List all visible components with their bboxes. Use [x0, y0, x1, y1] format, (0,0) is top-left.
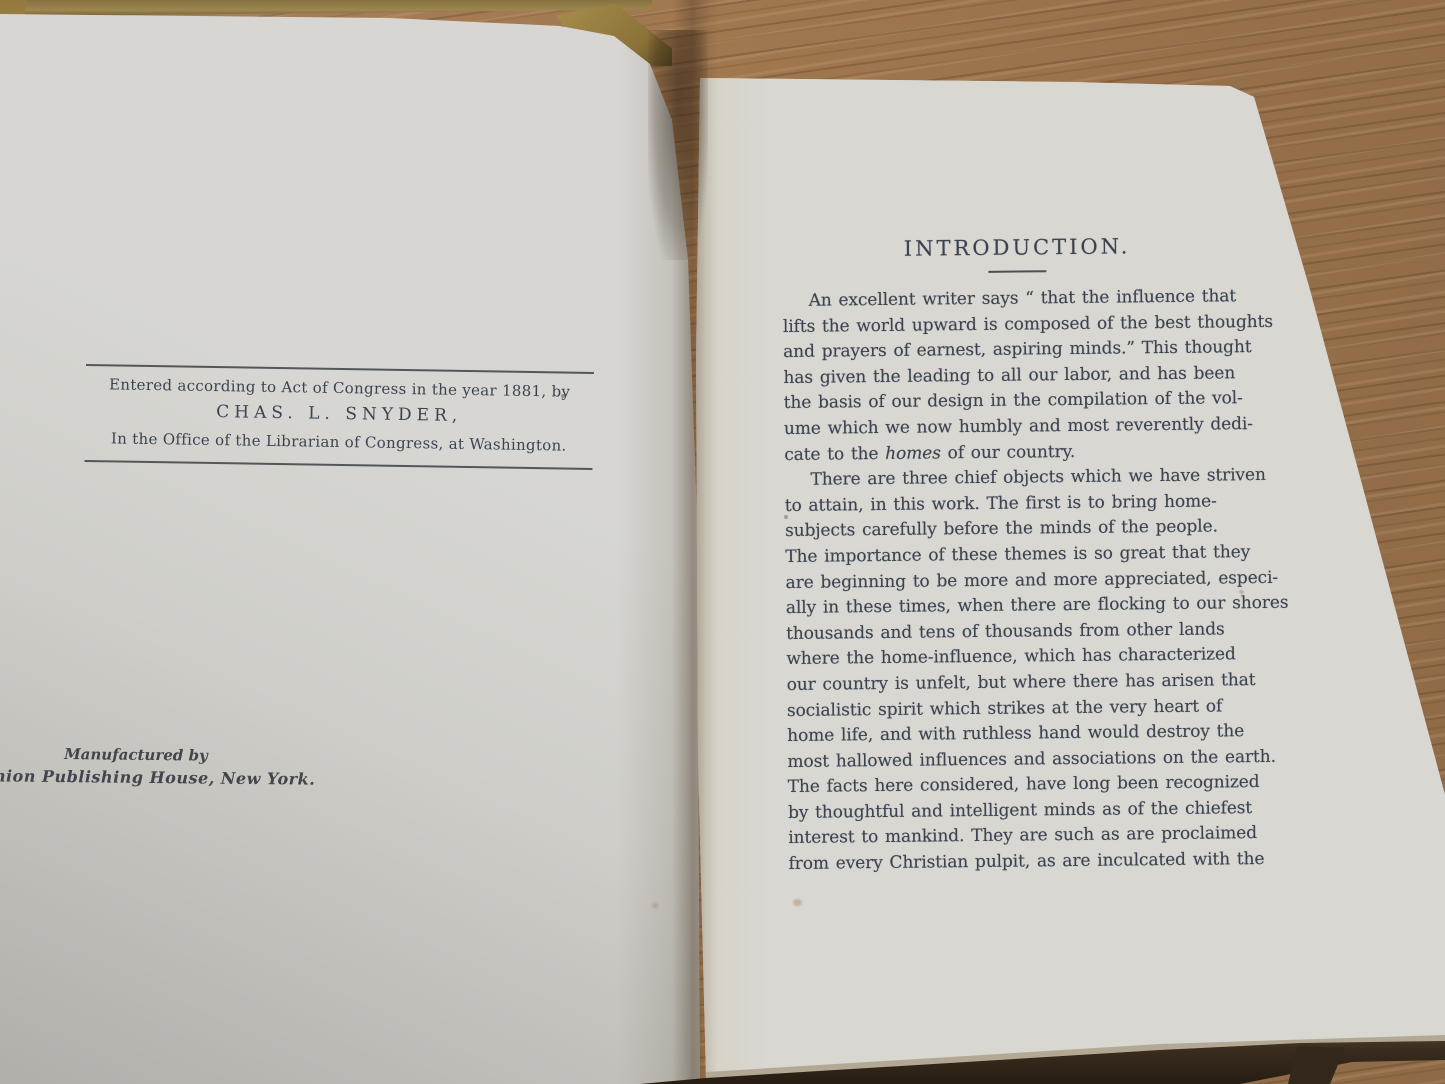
introduction-paragraph-1: An excellent writer says “ that the infl… [783, 284, 1305, 469]
copyright-block: Entered according to Act of Congress in … [84, 364, 593, 470]
copyright-line: Entered according to Act of Congress in … [86, 375, 594, 401]
age-spot [793, 899, 802, 906]
paragraph-text-italic: homes [885, 443, 941, 464]
book-cover-top-edge [0, 0, 652, 17]
page-title: INTRODUCTION. [782, 233, 1252, 262]
introduction-section: INTRODUCTION. An excellent writer says “… [782, 233, 1309, 878]
page-gutter-shadow-top [648, 30, 708, 260]
cover-shadow [1288, 1046, 1348, 1084]
left-page: Entered according to Act of Congress in … [0, 0, 702, 1084]
age-spot [652, 903, 658, 908]
imprint-line: Manufactured by [64, 745, 316, 766]
age-spot [561, 394, 565, 398]
copyright-rule-top [86, 364, 594, 374]
copyright-line: In the Office of the Librarian of Congre… [85, 429, 593, 455]
book-photo: Entered according to Act of Congress in … [0, 0, 1445, 1084]
imprint-line: nion Publishing House, New York. [0, 766, 315, 788]
imprint-block: Manufactured by nion Publishing House, N… [0, 744, 316, 788]
paragraph-text: An excellent writer says “ that the infl… [783, 286, 1273, 464]
paragraph-text: of our country. [941, 442, 1076, 463]
age-spot [784, 515, 788, 519]
introduction-paragraph-2: There are three chief objects which we h… [784, 463, 1308, 878]
copyright-rule-bottom [84, 460, 592, 470]
age-spot [1239, 590, 1244, 594]
title-rule [988, 270, 1046, 273]
copyright-name: CHAS. L. SNYDER, [85, 400, 593, 428]
